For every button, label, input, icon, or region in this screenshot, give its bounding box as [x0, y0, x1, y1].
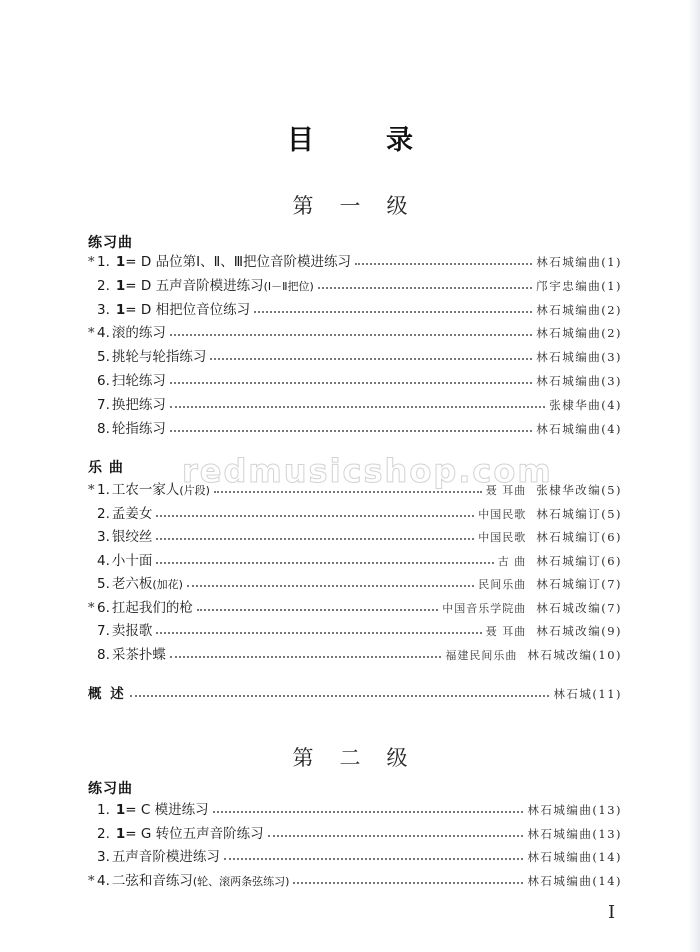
entry-title-text: 二弦和音练习	[112, 873, 193, 889]
toc-entry[interactable]: *1.1= D 品位第Ⅰ、Ⅱ、Ⅲ把位音阶模进练习林石城编曲(1)	[88, 248, 622, 270]
level-1-pieces-heading: 乐 曲	[88, 457, 124, 477]
entry-number: 6.	[97, 600, 110, 616]
entry-credit-page: 林石城编曲(2)	[536, 302, 622, 318]
toc-entry[interactable]: 1.1= C 模进练习林石城编曲(13)	[88, 796, 622, 818]
entry-title-text: 扫轮练习	[112, 373, 166, 389]
entry-number: 7.	[97, 397, 110, 413]
entry-title-text: = D 相把位音位练习	[125, 302, 250, 318]
entry-title: 2.1= D 五声音阶模进练习(Ⅰ－Ⅱ把位)	[97, 274, 314, 294]
level-2-title: 第二级	[0, 742, 700, 772]
dot-leader	[268, 834, 524, 837]
entry-title-text: 小十面	[112, 553, 153, 569]
entry-title: 8.轮指练习	[97, 417, 166, 437]
entry-title: 6.扛起我们的枪	[97, 596, 193, 616]
entry-title-text: 轮指练习	[112, 421, 166, 437]
dot-leader	[318, 286, 532, 289]
entry-title: 3.1= D 相把位音位练习	[97, 298, 250, 318]
entry-subtitle: (Ⅰ－Ⅱ把位)	[264, 280, 314, 293]
overview-title: 概 述	[88, 682, 126, 702]
entry-title-text: = D 五声音阶模进练习	[125, 278, 263, 294]
overview-credit: 林石城(11)	[553, 686, 622, 702]
entry-credit-page: 林石城编曲(14)	[527, 873, 622, 889]
entry-title-text: = G 转位五声音阶练习	[125, 826, 263, 842]
page-title: 目录	[0, 118, 700, 157]
entry-number: 4.	[97, 873, 110, 889]
entry-credit-page: 张棣华曲(4)	[549, 397, 622, 413]
entry-title: 3.五声音阶模进练习	[97, 845, 220, 865]
entry-title: 4.二弦和音练习(轮、滚两条弦练习)	[97, 869, 289, 889]
entry-title: 4.滚的练习	[97, 321, 166, 341]
key-signature: 1	[116, 826, 125, 842]
entry-title: 1.1= D 品位第Ⅰ、Ⅱ、Ⅲ把位音阶模进练习	[97, 250, 351, 270]
entry-source: 古 曲	[498, 553, 527, 569]
entry-title: 7.换把练习	[97, 393, 166, 413]
entry-subtitle: (加花)	[152, 578, 183, 591]
dot-leader	[170, 405, 545, 408]
toc-entry[interactable]: 7.换把练习张棣华曲(4)	[88, 391, 622, 413]
dot-leader	[156, 561, 493, 564]
entry-title: 2.孟姜女	[97, 502, 152, 522]
entry-title-text: = C 模进练习	[125, 802, 208, 818]
entry-credit-page: 林石城改编(10)	[527, 647, 622, 663]
entry-title-text: 挑轮与轮指练习	[112, 349, 207, 365]
toc-entry[interactable]: 6.扫轮练习林石城编曲(3)	[88, 367, 622, 389]
overview-entry[interactable]: 概 述 林石城(11)	[88, 680, 622, 702]
entry-title-text: 滚的练习	[112, 325, 166, 341]
entry-credit-page: 林石城编订(6)	[536, 529, 622, 545]
toc-entry[interactable]: 3.1= D 相把位音位练习林石城编曲(2)	[88, 296, 622, 318]
entry-subtitle: (轮、滚两条弦练习)	[193, 875, 290, 888]
dot-leader	[254, 310, 532, 313]
entry-credit-page: 林石城编曲(13)	[527, 802, 622, 818]
toc-entry[interactable]: 2.1= G 转位五声音阶练习林石城编曲(13)	[88, 820, 622, 842]
dot-leader	[213, 810, 524, 813]
key-signature: 1	[116, 802, 125, 818]
entry-credit-page: 张棣华改编(5)	[536, 482, 622, 498]
entry-number: 3.	[97, 529, 110, 545]
toc-entry[interactable]: *4.滚的练习林石城编曲(2)	[88, 319, 622, 341]
entry-title: 2.1= G 转位五声音阶练习	[97, 822, 264, 842]
page-number: I	[608, 902, 615, 923]
dot-leader	[355, 262, 532, 265]
toc-entry[interactable]: 2.孟姜女中国民歌林石城编订(5)	[88, 500, 622, 522]
entry-title: 1.工农一家人(片段)	[97, 478, 210, 498]
toc-entry[interactable]: *6.扛起我们的枪中国音乐学院曲林石城改编(7)	[88, 594, 622, 616]
entry-title: 6.扫轮练习	[97, 369, 166, 389]
dot-leader	[170, 655, 442, 658]
key-signature: 1	[116, 254, 125, 270]
entry-credit-page: 林石城编曲(3)	[536, 349, 622, 365]
entry-number: 2.	[97, 278, 110, 294]
entry-number: 5.	[97, 576, 110, 592]
entry-title: 1.1= C 模进练习	[97, 798, 209, 818]
optional-marker: *	[88, 326, 97, 341]
entry-title: 4.小十面	[97, 549, 152, 569]
toc-entry[interactable]: *4.二弦和音练习(轮、滚两条弦练习)林石城编曲(14)	[88, 867, 622, 889]
entry-number: 2.	[97, 506, 110, 522]
toc-entry[interactable]: 3.五声音阶模进练习林石城编曲(14)	[88, 843, 622, 865]
entry-title-text: 五声音阶模进练习	[112, 849, 220, 865]
entry-credit-page: 林石城编曲(2)	[536, 325, 622, 341]
toc-entry[interactable]: 5.挑轮与轮指练习林石城编曲(3)	[88, 343, 622, 365]
toc-entry[interactable]: 3.银绞丝中国民歌林石城编订(6)	[88, 523, 622, 545]
entry-number: 5.	[97, 349, 110, 365]
toc-entry[interactable]: 2.1= D 五声音阶模进练习(Ⅰ－Ⅱ把位)邝宇忠编曲(1)	[88, 272, 622, 294]
dot-leader	[210, 357, 532, 360]
entry-number: 4.	[97, 325, 110, 341]
entry-title: 5.老六板(加花)	[97, 572, 183, 592]
dot-leader	[170, 381, 532, 384]
entry-number: 2.	[97, 826, 110, 842]
entry-subtitle: (片段)	[179, 484, 210, 497]
entry-title-text: 扛起我们的枪	[112, 600, 193, 616]
entry-number: 3.	[97, 302, 110, 318]
entry-title-text: 换把练习	[112, 397, 166, 413]
toc-entry[interactable]: 5.老六板(加花)民间乐曲林石城编订(7)	[88, 570, 622, 592]
entry-credit-page: 林石城编曲(13)	[527, 826, 622, 842]
dot-leader	[214, 490, 482, 493]
entry-source: 聂 耳曲	[486, 482, 527, 498]
dot-leader	[224, 857, 524, 860]
toc-entry[interactable]: 8.采茶扑蝶福建民间乐曲林石城改编(10)	[88, 641, 622, 663]
dot-leader	[130, 694, 550, 697]
entry-credit-page: 林石城编曲(3)	[536, 373, 622, 389]
optional-marker: *	[88, 874, 97, 889]
dot-leader	[293, 881, 523, 884]
entry-number: 6.	[97, 373, 110, 389]
dot-leader	[156, 631, 481, 634]
optional-marker: *	[88, 255, 97, 270]
dot-leader	[170, 429, 532, 432]
entry-credit-page: 林石城编订(5)	[536, 506, 622, 522]
toc-entry[interactable]: 8.轮指练习林石城编曲(4)	[88, 415, 622, 437]
level-2-exercises-heading: 练习曲	[88, 778, 133, 798]
dot-leader	[197, 608, 438, 611]
entry-title: 3.银绞丝	[97, 525, 152, 545]
optional-marker: *	[88, 483, 97, 498]
entry-number: 7.	[97, 623, 110, 639]
entry-source: 福建民间乐曲	[445, 647, 517, 663]
entry-source: 中国音乐学院曲	[442, 600, 526, 616]
entry-source: 中国民歌	[478, 529, 526, 545]
key-signature: 1	[116, 302, 125, 318]
entry-number: 4.	[97, 553, 110, 569]
entry-title-text: 工农一家人	[112, 482, 180, 498]
toc-page: 目录 第一级 练习曲 *1.1= D 品位第Ⅰ、Ⅱ、Ⅲ把位音阶模进练习林石城编曲…	[0, 0, 700, 952]
dot-leader	[156, 537, 474, 540]
entry-title-text: 老六板	[112, 576, 153, 592]
dot-leader	[156, 514, 474, 517]
entry-title-text: 采茶扑蝶	[112, 647, 166, 663]
entry-number: 8.	[97, 421, 110, 437]
entry-source: 民间乐曲	[478, 576, 526, 592]
entry-credit-page: 林石城编曲(4)	[536, 421, 622, 437]
entry-credit-page: 邝宇忠编曲(1)	[536, 278, 622, 294]
entry-title-text: 孟姜女	[112, 506, 153, 522]
dot-leader	[170, 333, 532, 336]
entry-title-text: 银绞丝	[112, 529, 153, 545]
entry-number: 1.	[97, 482, 110, 498]
entry-title-text: 卖报歌	[112, 623, 153, 639]
entry-credit-page: 林石城改编(9)	[536, 623, 622, 639]
entry-number: 8.	[97, 647, 110, 663]
entry-title: 7.卖报歌	[97, 619, 152, 639]
entry-title: 5.挑轮与轮指练习	[97, 345, 206, 365]
toc-entry[interactable]: 7.卖报歌聂 耳曲林石城改编(9)	[88, 617, 622, 639]
toc-entry[interactable]: *1.工农一家人(片段)聂 耳曲张棣华改编(5)	[88, 476, 622, 498]
entry-source: 中国民歌	[478, 506, 526, 522]
entry-credit-page: 林石城编曲(1)	[536, 254, 622, 270]
key-signature: 1	[116, 278, 125, 294]
entry-number: 1.	[97, 802, 110, 818]
optional-marker: *	[88, 601, 97, 616]
entry-source: 聂 耳曲	[486, 623, 527, 639]
entry-title: 8.采茶扑蝶	[97, 643, 166, 663]
entry-credit-page: 林石城编曲(14)	[527, 849, 622, 865]
entry-number: 3.	[97, 849, 110, 865]
dot-leader	[187, 584, 474, 587]
entry-credit-page: 林石城改编(7)	[536, 600, 622, 616]
entry-credit-page: 林石城编订(7)	[536, 576, 622, 592]
entry-number: 1.	[97, 254, 110, 270]
toc-entry[interactable]: 4.小十面古 曲林石城编订(6)	[88, 547, 622, 569]
level-1-title: 第一级	[0, 190, 700, 220]
entry-title-text: = D 品位第Ⅰ、Ⅱ、Ⅲ把位音阶模进练习	[125, 254, 351, 270]
entry-credit-page: 林石城编订(6)	[536, 553, 622, 569]
